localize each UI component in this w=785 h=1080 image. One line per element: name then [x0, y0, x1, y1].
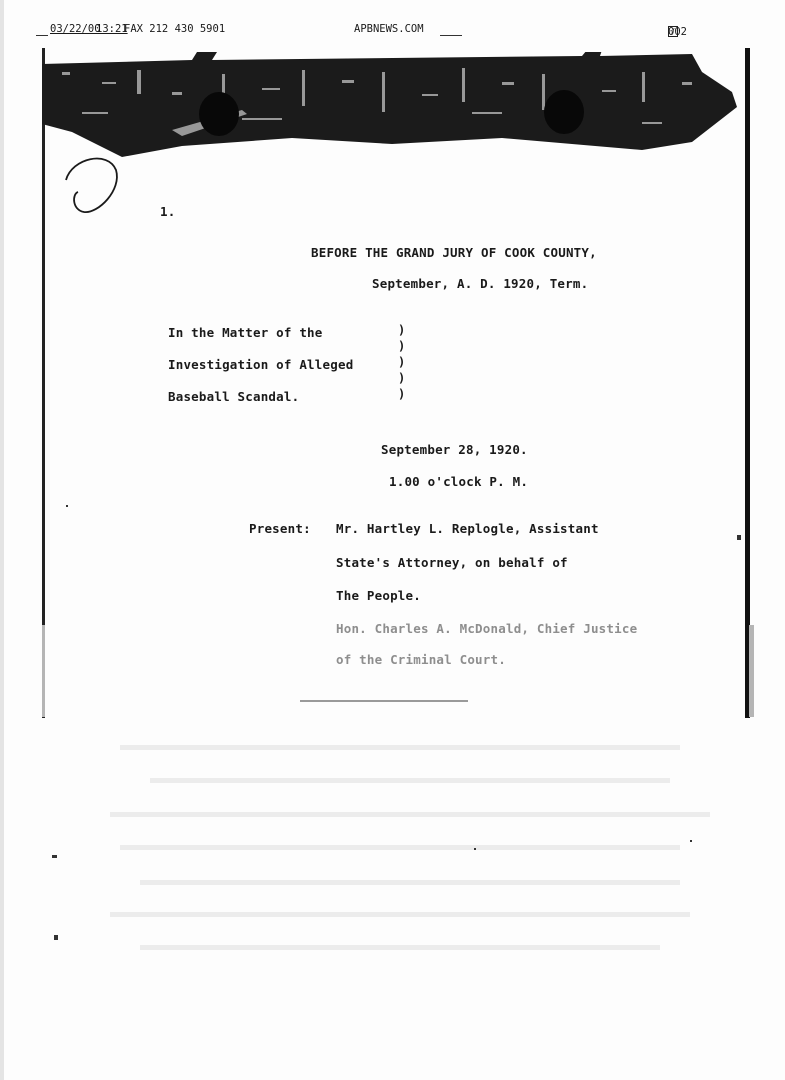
present-line: The People. — [336, 588, 421, 603]
bleed-through-text — [120, 845, 680, 850]
matter-line: Investigation of Alleged — [168, 357, 353, 372]
brace-mark: ) — [398, 371, 405, 385]
brace-mark: ) — [398, 339, 405, 353]
matter-line: Baseball Scandal. — [168, 389, 299, 404]
brace-mark: ) — [398, 323, 405, 337]
bleed-through-text — [140, 945, 660, 950]
fax-header: 03/22/00 13:21 FAX 212 430 5901 APBNEWS.… — [0, 20, 785, 40]
fax-number: FAX 212 430 5901 — [124, 23, 225, 35]
torn-band-graphic — [42, 52, 742, 157]
present-line: of the Criminal Court. — [336, 652, 506, 667]
document-term: September, A. D. 1920, Term. — [372, 276, 588, 291]
scan-speck — [737, 535, 741, 540]
bleed-through-text — [150, 778, 670, 783]
document-title: BEFORE THE GRAND JURY OF COOK COUNTY, — [311, 245, 597, 260]
scan-speck — [66, 505, 68, 507]
damaged-header-band — [42, 52, 742, 157]
page-number: 1. — [160, 204, 175, 219]
bleed-through-text — [110, 912, 690, 917]
scan-speck — [52, 855, 57, 858]
fax-page-value: 002 — [668, 26, 687, 38]
fax-date: 03/22/00 — [50, 23, 101, 35]
present-label: Present: — [249, 521, 311, 536]
scan-speck — [690, 840, 692, 842]
divider — [36, 35, 48, 36]
fax-source: APBNEWS.COM — [354, 23, 424, 35]
bleed-through-text — [110, 812, 710, 817]
matter-line: In the Matter of the — [168, 325, 323, 340]
session-date: September 28, 1920. — [381, 442, 528, 457]
document-frame-faded — [42, 625, 754, 717]
brace-mark: ) — [398, 387, 405, 401]
bleed-through-text — [140, 880, 680, 885]
brace-mark: ) — [398, 355, 405, 369]
present-line: Hon. Charles A. McDonald, Chief Justice — [336, 621, 637, 636]
ink-curl-mark — [58, 150, 120, 220]
present-line: State's Attorney, on behalf of — [336, 555, 568, 570]
scan-speck — [474, 848, 476, 850]
fax-time: 13:21 — [96, 23, 128, 35]
bleed-through-text — [120, 745, 680, 750]
present-line: Mr. Hartley L. Replogle, Assistant — [336, 521, 599, 536]
session-time: 1.00 o'clock P. M. — [389, 474, 528, 489]
divider — [440, 35, 462, 36]
scan-speck — [54, 935, 58, 940]
divider — [300, 700, 468, 702]
scan-edge — [0, 0, 4, 1080]
